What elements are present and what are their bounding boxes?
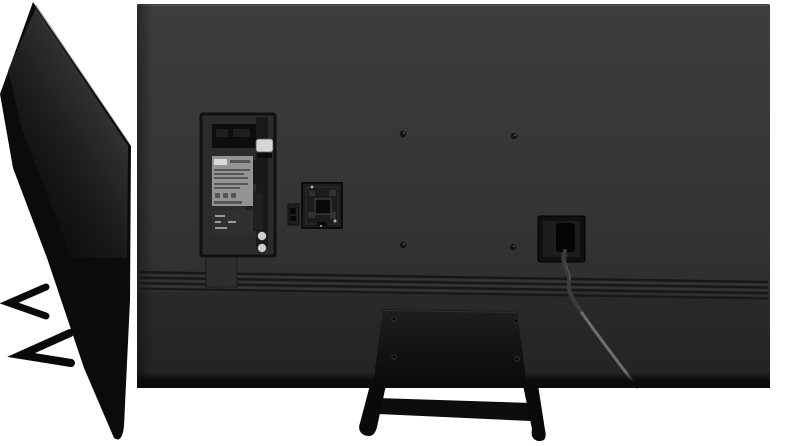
label-text-line: [214, 173, 244, 175]
power-plug: [556, 223, 575, 252]
board-solder-dot: [334, 220, 337, 223]
label-text-line: [214, 177, 248, 179]
bracket-slot: [290, 216, 296, 221]
white-peg: [258, 232, 267, 241]
vesa-hole: [400, 242, 406, 248]
stand-screw: [392, 317, 396, 321]
label-text-line: [214, 187, 240, 189]
board-component: [309, 191, 315, 196]
port-opening: [216, 129, 228, 137]
tv-back-view: [137, 4, 770, 441]
stand-screw: [515, 357, 519, 361]
board-component: [329, 190, 336, 196]
label-text-line: [230, 160, 250, 163]
connector-slot-shadow: [257, 153, 272, 158]
sublabel-line: [215, 215, 225, 217]
vesa-hole-glint: [403, 243, 405, 245]
label-text-line: [214, 183, 248, 185]
sublabel-line: [228, 221, 236, 223]
vesa-hole: [400, 131, 406, 137]
vesa-hole-glint: [403, 132, 405, 134]
module-bracket: [288, 204, 299, 225]
vesa-hole: [510, 244, 516, 250]
board-solder-dot: [311, 186, 314, 189]
stand-screw: [392, 355, 396, 359]
label-cert-mark: [223, 193, 228, 198]
board-chip: [315, 199, 331, 214]
white-connector-tab: [256, 139, 273, 152]
label-barcode: [214, 201, 242, 204]
tv-photo-canvas: [0, 0, 800, 446]
spec-label: [212, 156, 253, 206]
label-cert-mark: [215, 193, 220, 198]
board-component: [330, 212, 336, 219]
board-component: [308, 212, 315, 218]
label-cert-mark: [231, 193, 236, 198]
label-text-line: [214, 169, 250, 171]
stand-screw: [514, 319, 518, 323]
vesa-hole-glint: [513, 245, 515, 247]
sublabel-line: [215, 227, 227, 229]
connection-bay: [201, 114, 275, 256]
bracket-slot: [290, 208, 296, 214]
board-solder-dot: [320, 225, 322, 227]
white-peg: [258, 244, 267, 253]
label-logo-block: [214, 159, 227, 165]
port-opening: [233, 129, 250, 137]
vesa-hole: [511, 133, 517, 139]
sublabel-line: [215, 221, 221, 223]
vesa-hole-glint: [514, 134, 516, 136]
product-photo: [0, 0, 800, 446]
sub-label: [212, 210, 253, 234]
